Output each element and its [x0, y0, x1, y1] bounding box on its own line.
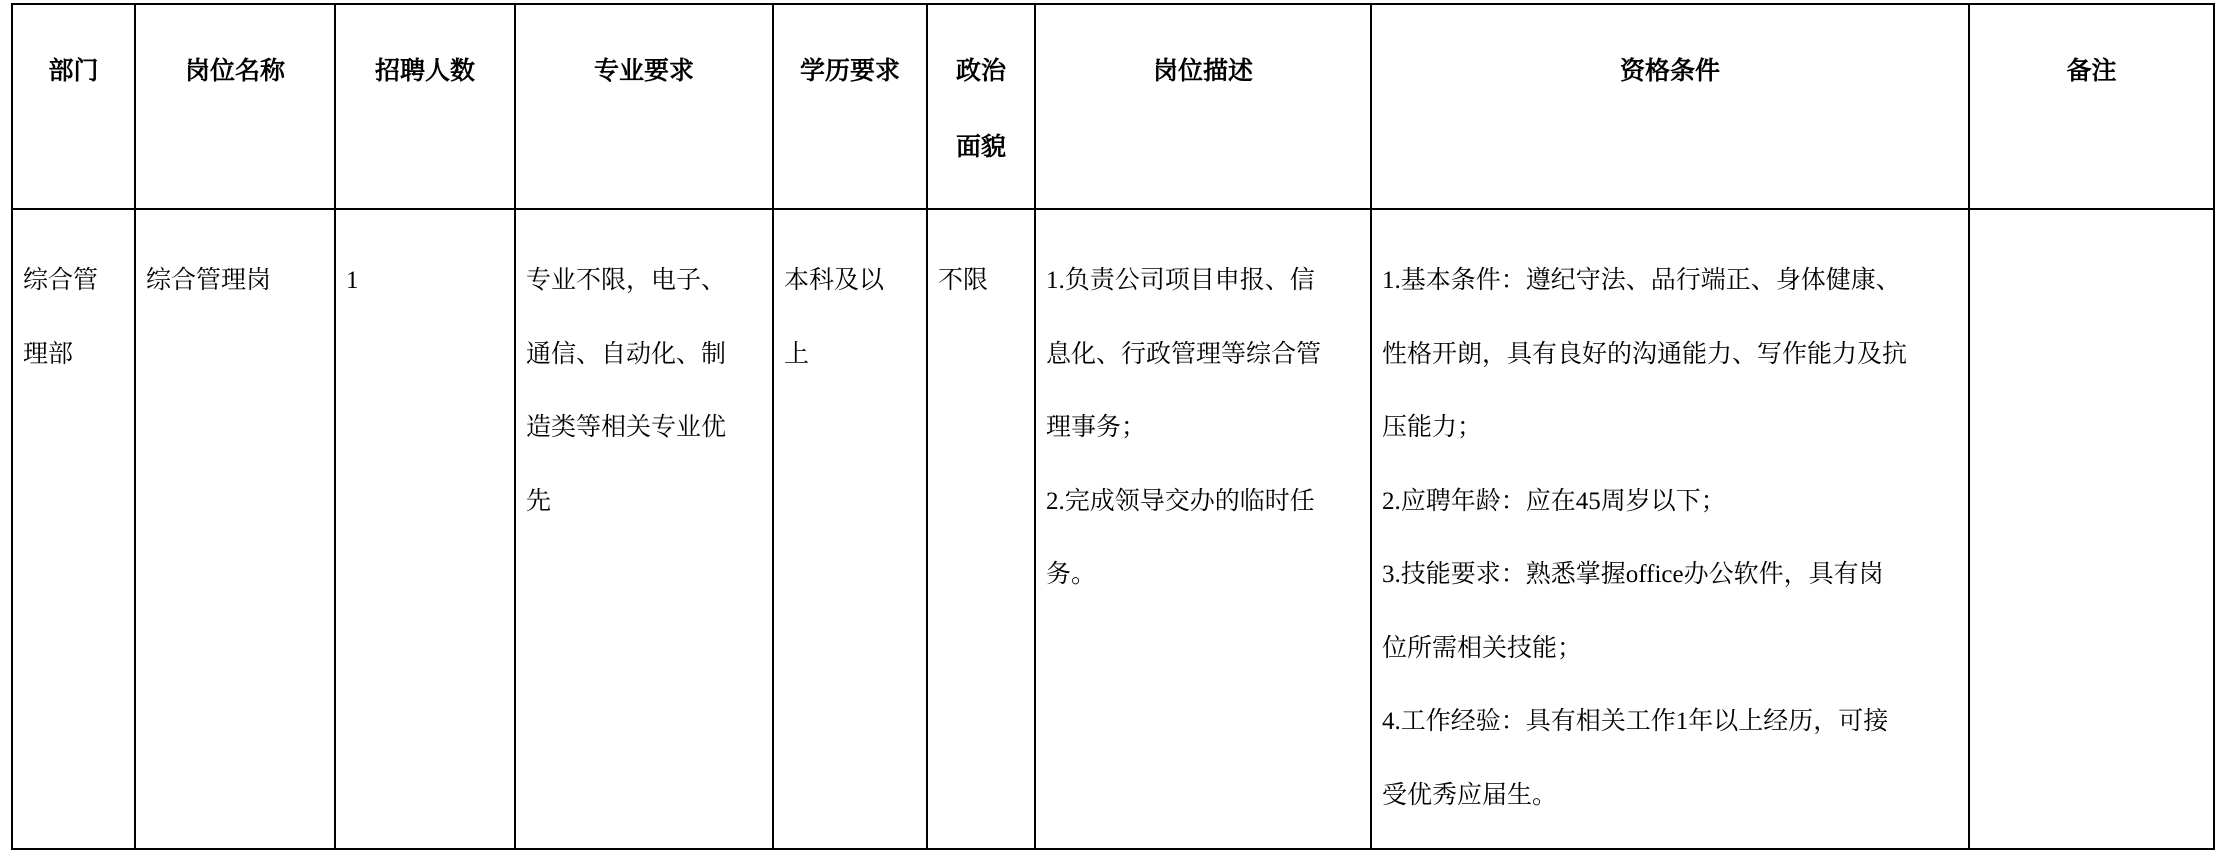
cell-line: 上 [784, 318, 918, 392]
cell-line: 综合管理岗 [146, 244, 326, 318]
cell-department: 综合管 理部 [12, 209, 135, 849]
header-qualifications: 资格条件 [1371, 4, 1969, 209]
cell-qualifications: 1.基本条件：遵纪守法、品行端正、身体健康、 性格开朗，具有良好的沟通能力、写作… [1371, 209, 1969, 849]
cell-remarks [1969, 209, 2214, 849]
cell-education-requirement: 本科及以 上 [773, 209, 927, 849]
cell-line: 综合管 [23, 244, 126, 318]
cell-line: 1.负责公司项目申报、信 [1046, 244, 1362, 318]
header-label: 部门 [13, 34, 134, 110]
header-position-name: 岗位名称 [135, 4, 335, 209]
header-label: 政治 [928, 34, 1034, 110]
header-label: 招聘人数 [336, 34, 514, 110]
header-row: 部门 岗位名称 招聘人数 专业要求 学历要求 政治 面貌 岗位描述 资格条件 [12, 4, 2214, 209]
header-major-requirement: 专业要求 [515, 4, 773, 209]
cell-political-status: 不限 [927, 209, 1035, 849]
cell-line: 性格开朗，具有良好的沟通能力、写作能力及抗 [1382, 318, 1960, 392]
header-label: 面貌 [928, 110, 1034, 186]
cell-line: 理事务； [1046, 391, 1362, 465]
cell-line: 务。 [1046, 538, 1362, 612]
header-remarks: 备注 [1969, 4, 2214, 209]
header-headcount: 招聘人数 [335, 4, 515, 209]
cell-major-requirement: 专业不限，电子、 通信、自动化、制 造类等相关专业优 先 [515, 209, 773, 849]
header-label: 岗位名称 [136, 34, 334, 110]
cell-line: 专业不限，电子、 [526, 244, 764, 318]
header-label: 专业要求 [516, 34, 772, 110]
header-label: 岗位描述 [1036, 34, 1370, 110]
cell-job-description: 1.负责公司项目申报、信 息化、行政管理等综合管 理事务； 2.完成领导交办的临… [1035, 209, 1371, 849]
cell-line: 位所需相关技能； [1382, 612, 1960, 686]
cell-line: 1 [346, 244, 506, 318]
cell-line: 造类等相关专业优 [526, 391, 764, 465]
cell-line: 受优秀应届生。 [1382, 759, 1960, 833]
cell-line: 1.基本条件：遵纪守法、品行端正、身体健康、 [1382, 244, 1960, 318]
cell-line: 4.工作经验：具有相关工作1年以上经历，可接 [1382, 685, 1960, 759]
recruitment-table: 部门 岗位名称 招聘人数 专业要求 学历要求 政治 面貌 岗位描述 资格条件 [11, 3, 2215, 850]
header-political-status: 政治 面貌 [927, 4, 1035, 209]
header-education-requirement: 学历要求 [773, 4, 927, 209]
cell-line: 理部 [23, 318, 126, 392]
cell-line: 2.应聘年龄：应在45周岁以下； [1382, 465, 1960, 539]
header-label: 备注 [1970, 34, 2213, 110]
cell-position-name: 综合管理岗 [135, 209, 335, 849]
cell-line: 3.技能要求：熟悉掌握office办公软件，具有岗 [1382, 538, 1960, 612]
header-label: 学历要求 [774, 34, 926, 110]
cell-line: 不限 [938, 244, 1026, 318]
cell-line: 息化、行政管理等综合管 [1046, 318, 1362, 392]
cell-line: 先 [526, 465, 764, 539]
header-department: 部门 [12, 4, 135, 209]
cell-line: 压能力； [1382, 391, 1960, 465]
cell-headcount: 1 [335, 209, 515, 849]
cell-line: 2.完成领导交办的临时任 [1046, 465, 1362, 539]
header-job-description: 岗位描述 [1035, 4, 1371, 209]
cell-line: 本科及以 [784, 244, 918, 318]
cell-line: 通信、自动化、制 [526, 318, 764, 392]
header-label: 资格条件 [1372, 34, 1968, 110]
table-row: 综合管 理部 综合管理岗 1 专业不限，电子、 通信、自动化、制 造类等相关专业… [12, 209, 2214, 849]
